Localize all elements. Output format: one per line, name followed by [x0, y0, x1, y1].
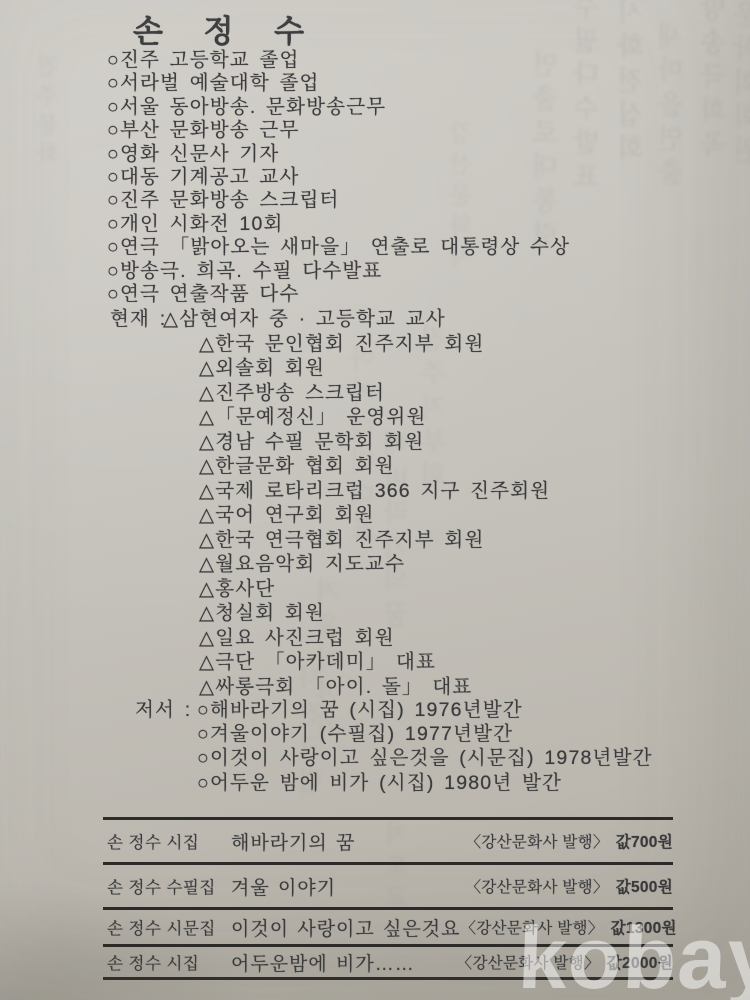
book-item: ○겨울이야기 (수필집) 1977년발간: [197, 722, 653, 746]
career-item: ○대동 기계공고 교사: [107, 166, 570, 189]
book-item: ○이것이 사랑이고 싶은것을 (시문집) 1978년발간: [197, 746, 653, 770]
current-list: △한국 문인협회 진주지부 회원 △외솔회 회원 △진주방송 스크립터 △「문예…: [199, 332, 550, 700]
current-item: △「문예정신」 운영위원: [199, 405, 550, 430]
career-item: ○부산 문화방송 근무: [107, 119, 570, 142]
table-row: 손 정수 시집 해바라기의 꿈 〈강산문화사 발행〉 값700원: [103, 817, 673, 862]
career-item: ○영화 신문사 기자: [107, 143, 570, 166]
bleedthrough-column: 문학회회원: [736, 0, 750, 170]
current-item: △진주방송 스크립터: [199, 381, 550, 406]
current-item: △홍사단: [199, 577, 550, 602]
book-page-photo: 진주문화 연출로대통령 수필다수발표 시화전십회 새마을연출 방송극희곡 문학회…: [0, 0, 750, 1000]
bleedthrough-column: 방송극희곡: [703, 0, 730, 164]
cell-book-title: 해바라기의 꿈: [231, 828, 355, 855]
career-item: ○진주 문화방송 스크립터: [107, 189, 570, 212]
current-item: △한글문화 협회 회원: [199, 454, 550, 479]
bleedthrough-column: 진주문화: [38, 55, 60, 171]
cell-author-type: 손 정수 시집: [107, 829, 223, 853]
career-item: ○개인 시화전 10회: [107, 213, 570, 236]
books-section: 저서 :○해바라기의 꿈 (시집) 1976년발간 ○겨울이야기 (수필집) 1…: [135, 698, 653, 795]
current-label: 현재 :: [110, 307, 163, 332]
career-item: ○서라벌 예술대학 졸업: [107, 72, 570, 95]
current-item: △한국 연극협회 진주지부 회원: [199, 528, 550, 553]
bleedthrough-column: 수필다수발표: [576, 0, 603, 196]
cell-price: 값500원: [616, 875, 673, 897]
career-item: ○진주 고등학교 졸업: [107, 49, 570, 72]
current-section: 현재 :△삼현여자 중 · 고등학교 교사 △한국 문인협회 진주지부 회원 △…: [110, 307, 550, 699]
current-item: △일요 사진크럽 회원: [199, 626, 550, 651]
cell-price: 값700원: [616, 830, 673, 852]
cell-author-type: 손 정수 시문집: [107, 915, 223, 939]
current-item: △국어 연구회 회원: [199, 503, 550, 528]
current-item: △한국 문인협회 진주지부 회원: [199, 332, 550, 357]
career-item: ○연극 연출작품 다수: [107, 283, 570, 306]
cell-author-type: 손 정수 시집: [107, 950, 223, 974]
current-item: △경남 수필 문학회 회원: [199, 430, 550, 455]
cell-author-type: 손 정수 수필집: [107, 874, 223, 898]
cell-publisher: 〈강산문화사 발행〉: [466, 830, 609, 852]
bleedthrough-column: 시화전십회: [620, 0, 647, 168]
cell-book-title: 어두운밤에 비가……: [231, 949, 415, 976]
page-title: 손 정 수: [133, 6, 306, 51]
career-item: ○방송극. 희곡. 수필 다수발표: [107, 260, 570, 283]
book-item: ○어두운 밤에 비가 (시집) 1980년 발간: [197, 771, 653, 795]
kobay-watermark: kobay: [516, 914, 750, 1000]
career-item: ○서울 동아방송. 문화방송근무: [107, 96, 570, 119]
career-item: ○연극 「밝아오는 새마을」 연출로 대통령상 수상: [107, 236, 570, 259]
bleedthrough-column: 새마을연출: [660, 22, 687, 192]
current-item: △국제 로타리크럽 366 지구 진주회원: [199, 479, 550, 504]
current-item: △월요음악회 지도교수: [199, 552, 550, 577]
books-list: ○겨울이야기 (수필집) 1977년발간 ○이것이 사랑이고 싶은것을 (시문집…: [197, 722, 653, 795]
book-item: ○해바라기의 꿈 (시집) 1976년발간: [197, 699, 523, 721]
current-item: △극단 「아카데미」 대표: [199, 650, 550, 675]
books-label: 저서 :: [135, 698, 197, 722]
current-item: △청실회 회원: [199, 601, 550, 626]
current-item: △싸롱극회 「아이. 돌」 대표: [199, 675, 550, 700]
current-item: △외솔회 회원: [199, 356, 550, 381]
career-list: ○진주 고등학교 졸업 ○서라벌 예술대학 졸업 ○서울 동아방송. 문화방송근…: [107, 49, 570, 306]
cell-book-title: 겨울 이야기: [231, 873, 336, 900]
cell-book-title: 이것이 사랑이고 싶은것요: [231, 914, 460, 941]
table-row: 손 정수 수필집 겨울 이야기 〈강산문화사 발행〉 값500원: [103, 862, 673, 907]
current-item: △삼현여자 중 · 고등학교 교사: [163, 308, 446, 330]
cell-publisher: 〈강산문화사 발행〉: [466, 875, 609, 897]
